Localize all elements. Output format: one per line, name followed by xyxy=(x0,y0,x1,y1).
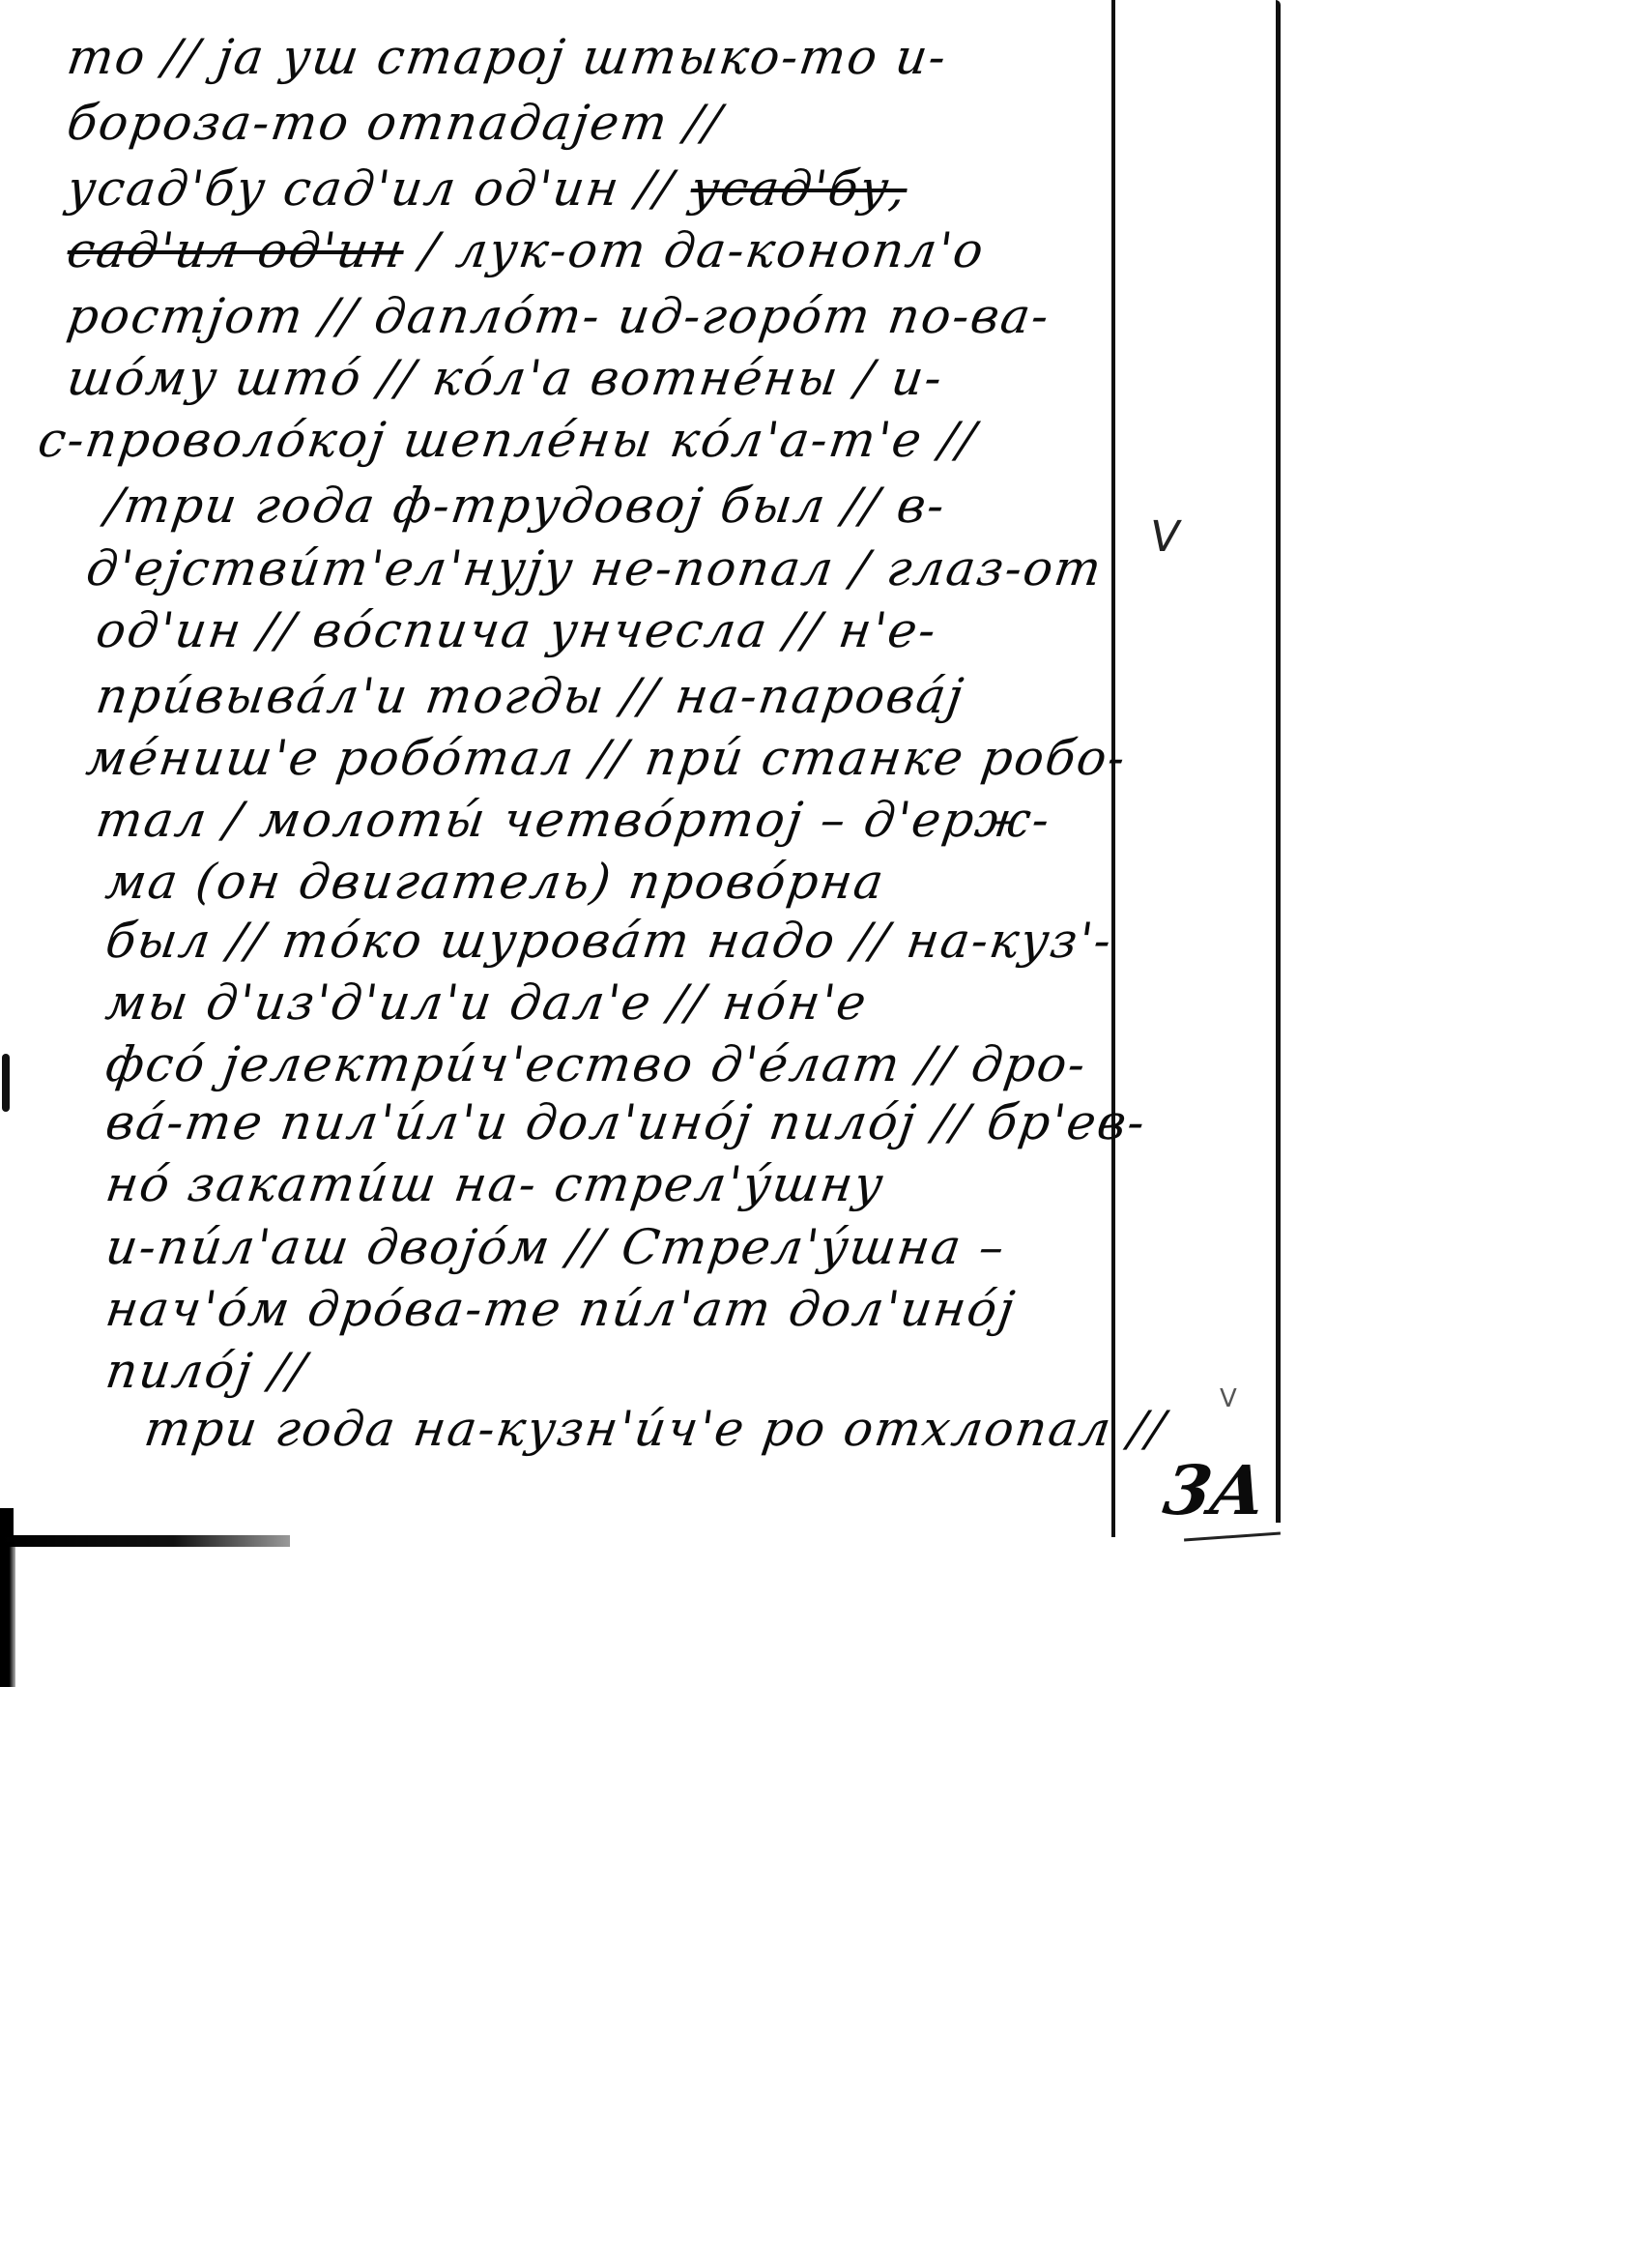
manuscript-line: фсо́ јелектри́ч'ество д'е́лат // дро- xyxy=(102,1036,1090,1092)
manuscript-line: мы д'из'д'ил'и дал'е // но́н'е xyxy=(102,974,872,1031)
page-left-edge-fragment xyxy=(0,1508,14,1537)
manuscript-line: /три года ф-трудовој был // в- xyxy=(102,478,950,534)
manuscript-line: бороза-то отпадајет // xyxy=(64,95,726,151)
page-number-underline xyxy=(1184,1532,1281,1542)
manuscript-line: три года на-кузн'и́ч'е ро отхлопал // xyxy=(141,1401,1170,1457)
manuscript-line: ма (он двигатель) прово́рна xyxy=(102,854,889,910)
manuscript-line: д'ејстви́т'ел'нују не-попал / глаз-от xyxy=(83,540,1107,596)
manuscript-line: шо́му што́ // ко́л'а вотне́ны / и- xyxy=(64,350,947,406)
page-number: 3A xyxy=(1159,1450,1270,1530)
manuscript-line: пило́ј // xyxy=(102,1343,311,1399)
manuscript-line: ва́-те пил'и́л'и дол'ино́ј пило́ј // бр'… xyxy=(102,1094,1150,1150)
manuscript-line: тал / молоты́ четво́ртој – д'ерж- xyxy=(93,792,1054,848)
page-right-edge xyxy=(1276,0,1281,1523)
manuscript-line: усад'бу сад'ил од'ин // усад'бу, xyxy=(64,160,911,217)
page-bottom-edge-shadow xyxy=(0,1535,290,1547)
scanned-manuscript-page: то // ја уш старој штыко-то и- бороза-то… xyxy=(0,0,1643,2268)
manuscript-line: был // то́ко шурова́т надо // на-куз'- xyxy=(102,913,1116,969)
manuscript-line: ростјот // дапло́т- ид-горо́т по-ва- xyxy=(64,288,1054,344)
manuscript-line: и-пи́л'аш двојо́м // Стрел'у́шна – xyxy=(102,1219,1010,1275)
manuscript-line: но́ закати́ш на- стрел'у́шну xyxy=(102,1156,888,1212)
struck-out-text: усад'бу, xyxy=(687,160,911,217)
manuscript-line: сад'ил од'ин / лук-от да-конопл'о xyxy=(64,222,989,278)
margin-check-mark: V xyxy=(1220,1384,1237,1413)
struck-out-text: сад'ил од'ин xyxy=(64,222,408,278)
margin-check-mark: V xyxy=(1146,512,1184,562)
manuscript-line: то // ја уш старој штыко-то и- xyxy=(64,29,951,85)
page-left-edge-shadow xyxy=(0,1542,15,1687)
manuscript-line: нач'о́м дро́ва-те пи́л'ат дол'ино́ј xyxy=(102,1281,1020,1337)
manuscript-line: с-проволо́кој шепле́ны ко́л'а-т'е // xyxy=(35,412,981,468)
manuscript-line: ме́ниш'е робо́тал // при́ станке робо- xyxy=(83,730,1131,786)
manuscript-line: од'ин // во́спича унчесла // н'е- xyxy=(93,602,941,658)
manuscript-line: при́выва́л'и тогды // на-парова́ј xyxy=(93,668,968,724)
page-left-edge-mark xyxy=(2,1054,10,1112)
